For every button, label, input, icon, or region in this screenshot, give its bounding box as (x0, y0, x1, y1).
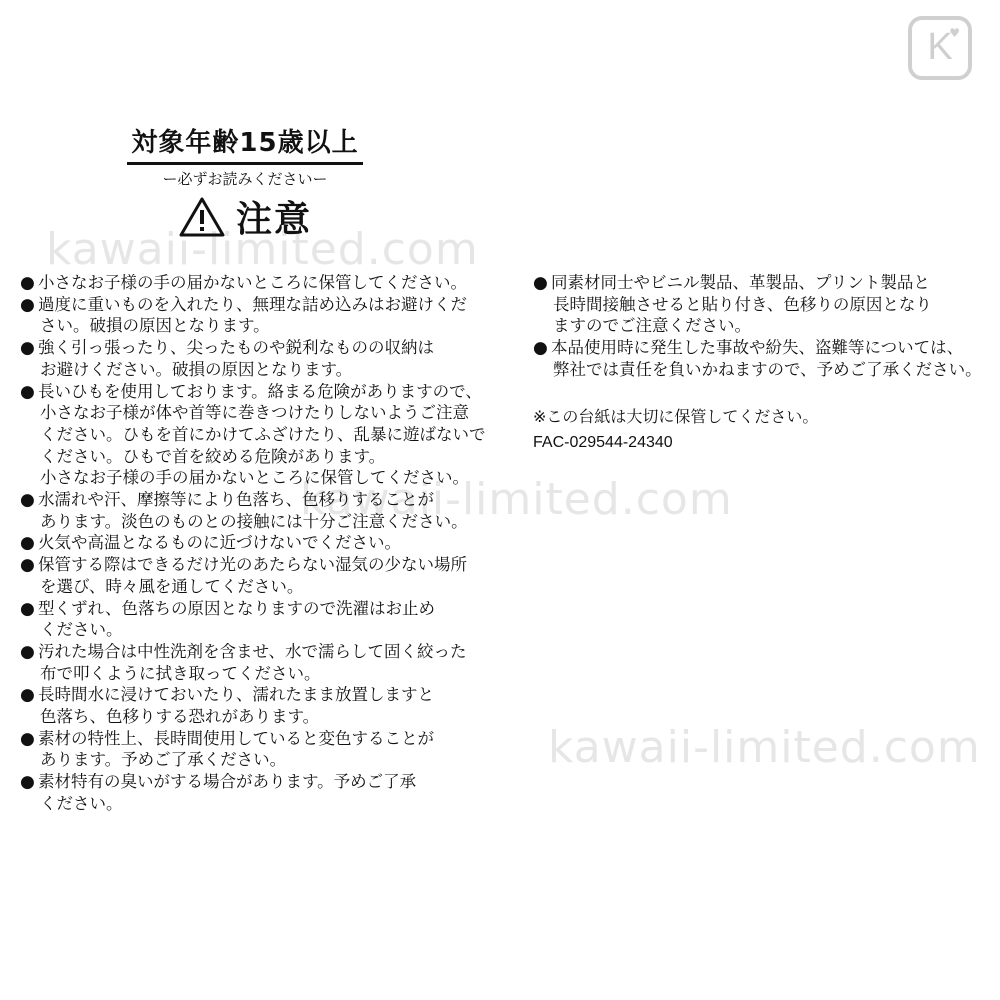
keep-card-note: ※この台紙は大切に保管してください。 (533, 404, 818, 430)
caution-item-line: 過度に重いものを入れたり、無理な詰め込みはお避けくだ (20, 294, 486, 316)
bullet-icon (20, 272, 38, 290)
caution-item-line: 火気や高温となるものに近づけないでください。 (20, 532, 486, 554)
notice-header: 対象年齢15歳以上 ー必ずお読みくださいー 注意 (110, 126, 380, 242)
caution-heading: 注意 (110, 191, 380, 242)
caution-text: 過度に重いものを入れたり、無理な詰め込みはお避けくだ (38, 295, 467, 314)
warning-icon (178, 196, 226, 238)
caution-text: ください。 (40, 620, 123, 639)
caution-item-line: 小さなお子様が体や首等に巻きつけたりしないようご注意 (20, 402, 486, 424)
caution-item-line: ください。ひもで首を絞める危険があります。 (20, 446, 486, 468)
bullet-icon (20, 641, 38, 659)
caution-text: 小さなお子様の手の届かないところに保管してください。 (40, 468, 469, 487)
caution-text: 保管する際はできるだけ光のあたらない湿気の少ない場所 (38, 555, 467, 574)
caution-list-left: 小さなお子様の手の届かないところに保管してください。過度に重いものを入れたり、無… (20, 272, 486, 815)
caution-label: 注意 (236, 191, 312, 242)
caution-item: 長時間水に浸けておいたり、濡れたまま放置しますと色落ち、色移りする恐れがあります… (20, 684, 486, 727)
caution-item-line: 保管する際はできるだけ光のあたらない湿気の少ない場所 (20, 554, 486, 576)
caution-item-line: 水濡れや汗、摩擦等により色落ち、色移りすることが (20, 489, 486, 511)
caution-text: 長時間接触させると貼り付き、色移りの原因となり (553, 295, 932, 314)
caution-item-line: 同素材同士やビニル製品、革製品、プリント製品と (533, 272, 982, 294)
watermark: kawaii-limited.com (548, 722, 981, 773)
caution-item-line: 本品使用時に発生した事故や紛失、盗難等については、 (533, 337, 982, 359)
caution-item-line: 素材特有の臭いがする場合があります。予めご了承 (20, 771, 486, 793)
caution-text: 長時間水に浸けておいたり、濡れたまま放置しますと (38, 685, 434, 704)
caution-item: 型くずれ、色落ちの原因となりますので洗濯はお止めください。 (20, 598, 486, 641)
caution-item-line: お避けください。破損の原因となります。 (20, 359, 486, 381)
caution-item: 過度に重いものを入れたり、無理な詰め込みはお避けください。破損の原因となります。 (20, 294, 486, 337)
caution-text: 水濡れや汗、摩擦等により色落ち、色移りすることが (38, 490, 434, 509)
brand-logo: K ♥ (908, 16, 972, 80)
bullet-icon (20, 489, 38, 507)
caution-item-line: 汚れた場合は中性洗剤を含ませ、水で濡らして固く絞った (20, 641, 486, 663)
bullet-icon (20, 728, 38, 746)
footer-notes: ※この台紙は大切に保管してください。 FAC-029544-24340 (533, 404, 818, 456)
caution-text: あります。予めご了承ください。 (40, 750, 286, 769)
caution-text: ください。 (40, 794, 123, 813)
caution-item-line: 小さなお子様の手の届かないところに保管してください。 (20, 467, 486, 489)
caution-item-line: ください。 (20, 619, 486, 641)
bullet-icon (20, 532, 38, 550)
caution-item-line: 強く引っ張ったり、尖ったものや鋭利なものの収納は (20, 337, 486, 359)
caution-item: 水濡れや汗、摩擦等により色落ち、色移りすることがあります。淡色のものとの接触には… (20, 489, 486, 532)
caution-item-line: あります。淡色のものとの接触には十分ご注意ください。 (20, 511, 486, 533)
caution-text: を選び、時々風を通してください。 (40, 577, 303, 596)
caution-text: 強く引っ張ったり、尖ったものや鋭利なものの収納は (38, 338, 434, 357)
caution-item-line: 小さなお子様の手の届かないところに保管してください。 (20, 272, 486, 294)
caution-text: 素材特有の臭いがする場合があります。予めご了承 (38, 772, 416, 791)
caution-item-line: 布で叩くように拭き取ってください。 (20, 663, 486, 685)
caution-item: 汚れた場合は中性洗剤を含ませ、水で濡らして固く絞った布で叩くように拭き取ってくだ… (20, 641, 486, 684)
caution-text: 弊社では責任を負いかねますので、予めご了承ください。 (553, 360, 982, 379)
caution-item-line: ください。 (20, 793, 486, 815)
caution-item: 同素材同士やビニル製品、革製品、プリント製品と長時間接触させると貼り付き、色移り… (533, 272, 982, 337)
age-title: 対象年齢15歳以上 (127, 126, 362, 165)
heart-icon: ♥ (949, 26, 960, 40)
caution-text: 布で叩くように拭き取ってください。 (40, 664, 321, 683)
bullet-icon (533, 272, 551, 290)
bullet-icon (20, 684, 38, 702)
caution-item: 小さなお子様の手の届かないところに保管してください。 (20, 272, 486, 294)
bullet-icon (533, 337, 551, 355)
bullet-icon (20, 598, 38, 616)
caution-text: 小さなお子様が体や首等に巻きつけたりしないようご注意 (40, 403, 469, 422)
product-code: FAC-029544-24340 (533, 430, 818, 456)
caution-text: 型くずれ、色落ちの原因となりますので洗濯はお止め (38, 599, 435, 618)
caution-item: 素材の特性上、長時間使用していると変色することがあります。予めご了承ください。 (20, 728, 486, 771)
caution-text: ください。ひもを首にかけてふざけたり、乱暴に遊ばないで (40, 425, 486, 444)
caution-item: 強く引っ張ったり、尖ったものや鋭利なものの収納はお避けください。破損の原因となり… (20, 337, 486, 380)
caution-text: さい。破損の原因となります。 (40, 316, 270, 335)
caution-item-line: を選び、時々風を通してください。 (20, 576, 486, 598)
bullet-icon (20, 771, 38, 789)
caution-item: 長いひもを使用しております。絡まる危険がありますので、小さなお子様が体や首等に巻… (20, 381, 486, 490)
caution-item: 保管する際はできるだけ光のあたらない湿気の少ない場所を選び、時々風を通してくださ… (20, 554, 486, 597)
caution-item-line: あります。予めご了承ください。 (20, 749, 486, 771)
caution-item-line: 長時間接触させると貼り付き、色移りの原因となり (533, 294, 982, 316)
caution-item-line: さい。破損の原因となります。 (20, 315, 486, 337)
caution-item-line: 弊社では責任を負いかねますので、予めご了承ください。 (533, 359, 982, 381)
bullet-icon (20, 554, 38, 572)
caution-text: ください。ひもで首を絞める危険があります。 (40, 447, 385, 466)
must-read-subtitle: ー必ずお読みくださいー (110, 169, 380, 189)
caution-text: あります。淡色のものとの接触には十分ご注意ください。 (40, 512, 468, 531)
caution-item: 火気や高温となるものに近づけないでください。 (20, 532, 486, 554)
caution-item-line: 色落ち、色移りする恐れがあります。 (20, 706, 486, 728)
caution-text: 素材の特性上、長時間使用していると変色することが (38, 729, 434, 748)
bullet-icon (20, 294, 38, 312)
caution-list-right: 同素材同士やビニル製品、革製品、プリント製品と長時間接触させると貼り付き、色移り… (533, 272, 982, 381)
caution-text: 火気や高温となるものに近づけないでください。 (38, 533, 401, 552)
caution-item-line: ますのでご注意ください。 (533, 315, 982, 337)
caution-item-line: 長時間水に浸けておいたり、濡れたまま放置しますと (20, 684, 486, 706)
caution-item-line: 長いひもを使用しております。絡まる危険がありますので、 (20, 381, 486, 403)
caution-text: 同素材同士やビニル製品、革製品、プリント製品と (551, 273, 930, 292)
caution-item: 素材特有の臭いがする場合があります。予めご了承ください。 (20, 771, 486, 814)
caution-text: 汚れた場合は中性洗剤を含ませ、水で濡らして固く絞った (38, 642, 467, 661)
caution-text: お避けください。破損の原因となります。 (40, 360, 352, 379)
caution-item: 本品使用時に発生した事故や紛失、盗難等については、弊社では責任を負いかねますので… (533, 337, 982, 380)
caution-text: ますのでご注意ください。 (553, 316, 751, 335)
caution-text: 本品使用時に発生した事故や紛失、盗難等については、 (551, 338, 963, 357)
caution-item-line: 型くずれ、色落ちの原因となりますので洗濯はお止め (20, 598, 486, 620)
caution-item-line: 素材の特性上、長時間使用していると変色することが (20, 728, 486, 750)
bullet-icon (20, 337, 38, 355)
caution-text: 色落ち、色移りする恐れがあります。 (40, 707, 319, 726)
bullet-icon (20, 381, 38, 399)
caution-text: 長いひもを使用しております。絡まる危険がありますので、 (38, 382, 482, 401)
caution-text: 小さなお子様の手の届かないところに保管してください。 (38, 273, 467, 292)
caution-item-line: ください。ひもを首にかけてふざけたり、乱暴に遊ばないで (20, 424, 486, 446)
